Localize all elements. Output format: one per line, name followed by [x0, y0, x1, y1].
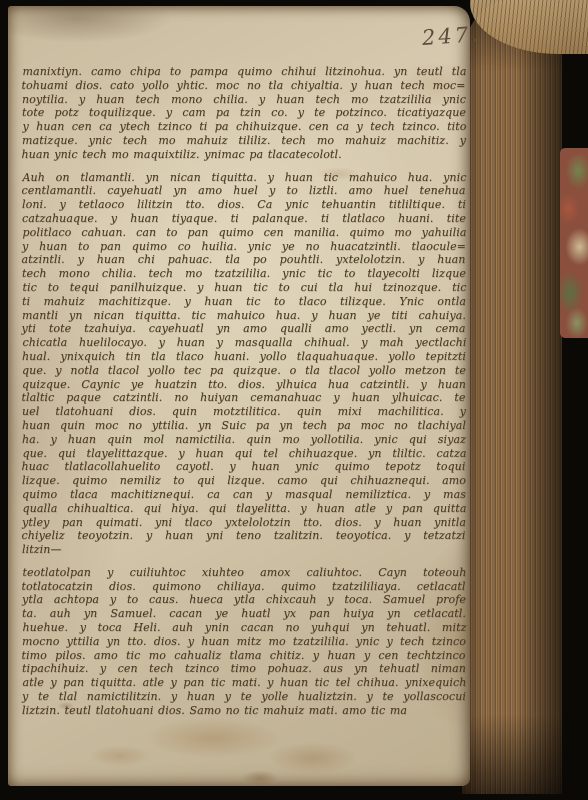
- manuscript-line: manixtiyn. camo chipa to pampa quimo chi…: [23, 65, 467, 79]
- manuscript-line: chiyeliz teoyotzin. y huan yni teno tzal…: [22, 529, 466, 543]
- manuscript-line: atzintli. y huan chi pahuac. tla po pouh…: [22, 253, 466, 267]
- manuscript-line: mantli yn nican tiquitta. tic mahuico hu…: [22, 309, 466, 323]
- manuscript-line: quimo tlaca machitiznequi. ca can y masq…: [22, 488, 466, 502]
- manuscript-line: huan ynic tech mo maquixtiliz. ynimac pa…: [22, 148, 466, 162]
- manuscript-line: ytley pan quimati. yni tlaco yxtelolotzi…: [22, 516, 466, 530]
- manuscript-line: quizque. Caynic ye huatzin tto. dios. yl…: [22, 378, 466, 392]
- manuscript-line: timo pilos. amo tic mo cahualiz tlama ch…: [22, 649, 466, 663]
- manuscript-line: y te tlal namictilitzin. y huan y te yol…: [22, 690, 466, 704]
- manuscript-line: huac tlatlacollahuelito cayotl. y huan y…: [22, 460, 466, 474]
- paragraph: teotlatolpan y cuiliuhtoc xiuhteo amox c…: [22, 566, 466, 718]
- manuscript-line: loni. y tetlaoco lilitzin tto. dios. Ca …: [22, 198, 466, 212]
- manuscript-line: qualla chihualtica. qui hiya. qui tlayel…: [23, 502, 467, 516]
- manuscript-photo: 247. manixtiyn. camo chipa to pampa quim…: [0, 0, 588, 800]
- folio-number: 247.: [421, 22, 481, 50]
- manuscript-line: que. qui tlayelittazque. y huan qui tel …: [23, 447, 467, 461]
- manuscript-line: tipachihuiz. y cen tech tzinco timo pohu…: [22, 662, 466, 676]
- paragraph: manixtiyn. camo chipa to pampa quimo chi…: [22, 65, 466, 162]
- manuscript-line: chicatla huelilocayo. y huan y masqualla…: [23, 336, 467, 350]
- manuscript-line: uel tlatohuani dios. quin motztilitica. …: [22, 405, 466, 419]
- manuscript-line: que. y notla tlacol yollo tec pa quizque…: [22, 364, 466, 378]
- text-block: manixtiyn. camo chipa to pampa quimo chi…: [22, 65, 466, 727]
- manuscript-line: teotlatolpan y cuiliuhtoc xiuhteo amox c…: [23, 566, 467, 580]
- manuscript-line: totlatocatzin dios. quimono chiliaya. qu…: [22, 580, 466, 594]
- manuscript-line: ytla achtopa y to caus. hueca ytla chixc…: [22, 593, 466, 607]
- manuscript-line: catzahuaque. y huan tiyaque. ti palanque…: [22, 212, 466, 226]
- manuscript-line: tech mono chilia. tech mo tzatzililia. y…: [22, 267, 466, 281]
- manuscript-line: tic to tequi panilhuizque. y huan tic to…: [23, 281, 467, 295]
- manuscript-line: liztzin. teutl tlatohuani dios. Samo no …: [22, 704, 466, 718]
- manuscript-line: y huan to pan quimo co huilia. ynic ye n…: [22, 240, 466, 254]
- manuscript-line: yti tote tzahuiya. cayehuatl yn amo qual…: [22, 322, 466, 336]
- manuscript-line: huan quin moc no yttilia. yn Suic pa yn …: [22, 419, 466, 433]
- manuscript-line: matizque. ynic tech mo mahuiz tililiz. t…: [22, 134, 466, 148]
- manuscript-page: 247. manixtiyn. camo chipa to pampa quim…: [8, 6, 470, 786]
- manuscript-line: atle y pan tiquitta. atle y pan tic mati…: [23, 676, 467, 690]
- manuscript-line: lizque. quimo nemiliz to qui lizque. cam…: [22, 474, 466, 488]
- manuscript-line: mocno yttilia yn tto. dios. y huan mitz …: [22, 635, 466, 649]
- manuscript-line: ha. y huan quin mol namictilia. quin mo …: [22, 433, 466, 447]
- manuscript-line: tote potz toquilizque. y cam pa tzin co.…: [22, 106, 466, 120]
- manuscript-line: tlaltic paque catzintli. no huiyan ceman…: [22, 391, 466, 405]
- manuscript-line: ti mahuiz machitizque. y huan tic to tla…: [22, 295, 466, 309]
- book-fore-edge: [462, 0, 562, 794]
- manuscript-line: huehue. y toca Heli. auh ynin cacan no y…: [23, 621, 467, 635]
- manuscript-line: politlaco cahuan. can to pan quimo cen m…: [23, 226, 467, 240]
- marbled-paper-strip: [560, 148, 588, 338]
- manuscript-line: ta. auh yn Samuel. cacan ye huatl yx pan…: [22, 607, 466, 621]
- manuscript-line: Auh on tlamantli. yn nican tiquitta. y h…: [23, 171, 467, 185]
- manuscript-line: litzin—: [22, 543, 466, 557]
- manuscript-line: hual. ynixquich tin tla tlaco huani. yol…: [22, 350, 466, 364]
- paragraph: Auh on tlamantli. yn nican tiquitta. y h…: [22, 171, 466, 557]
- manuscript-line: noytilia. y huan tech mono chilia. y hua…: [22, 93, 466, 107]
- manuscript-line: y huan cen ca ytech tzinco ti pa chihuiz…: [23, 120, 467, 134]
- manuscript-line: tohuami dios. cato yollo yhtic. moc no t…: [22, 79, 466, 93]
- manuscript-line: centlamantli. cayehuatl yn amo huel y to…: [22, 184, 466, 198]
